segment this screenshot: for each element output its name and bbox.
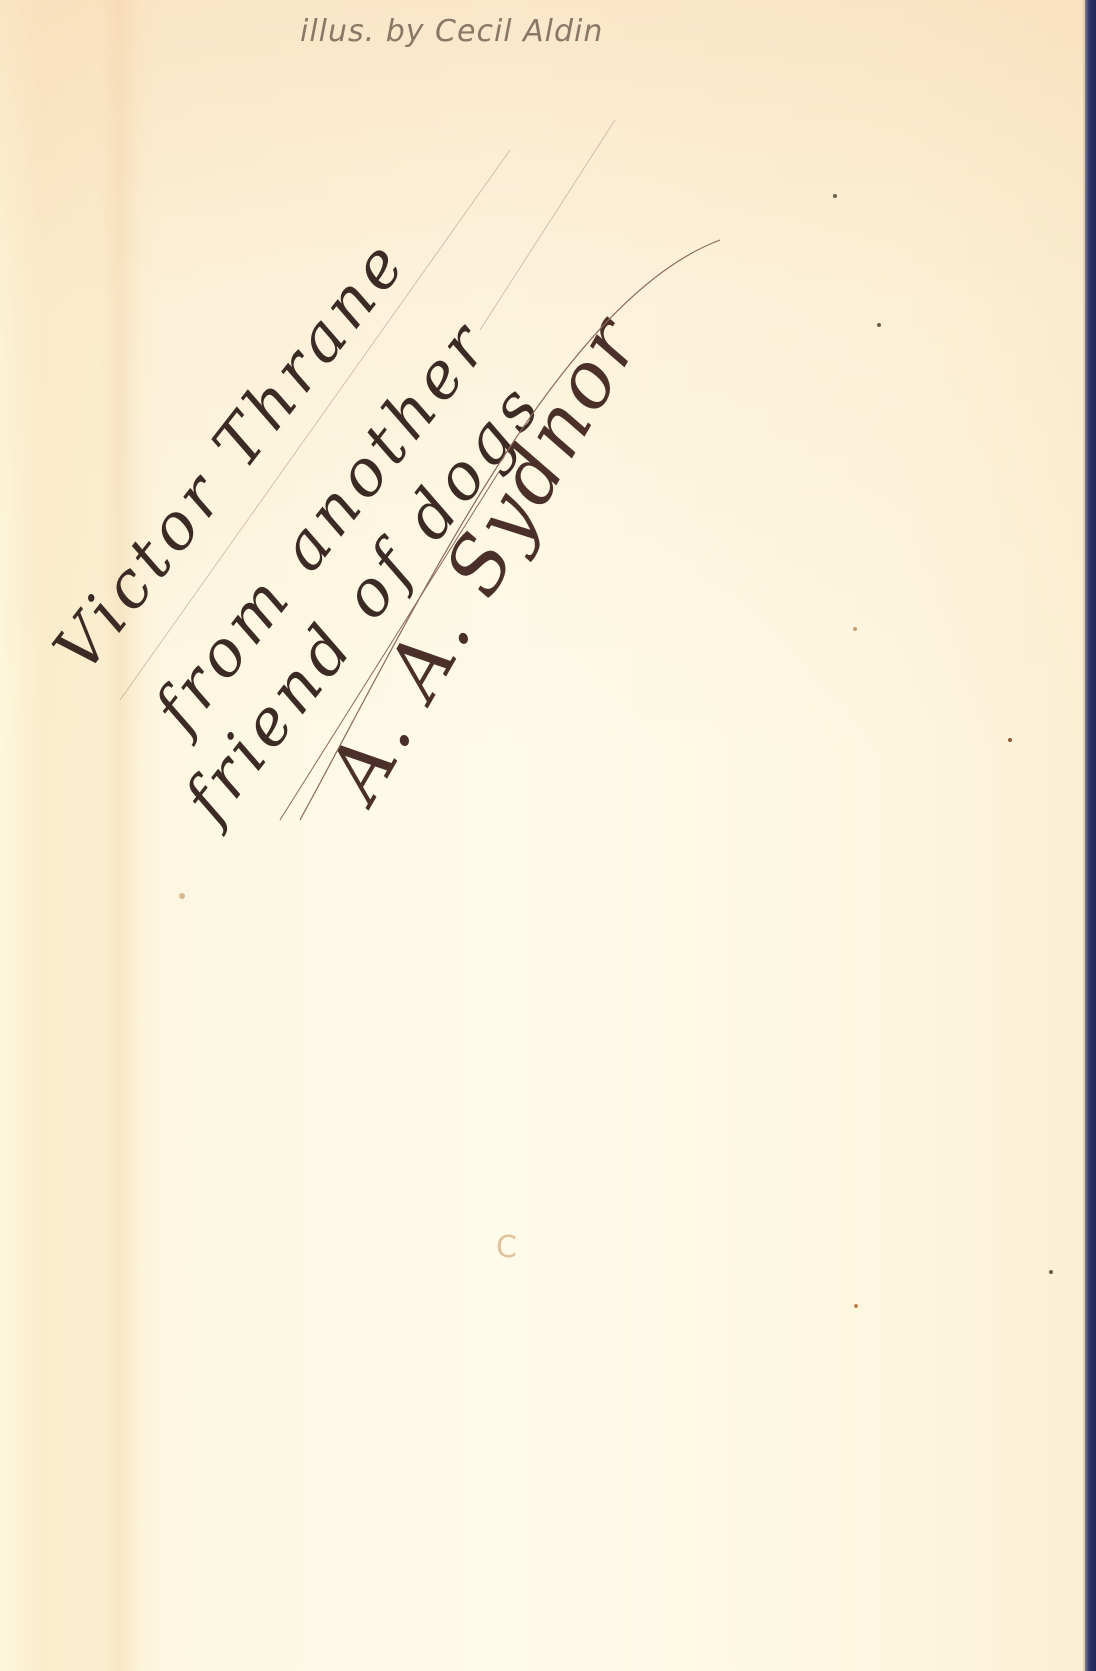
inscription-line-2: from another <box>140 307 506 746</box>
book-cover-edge <box>1085 0 1096 1671</box>
paper-speck <box>877 323 881 327</box>
inscription-line-3: friend of dogs <box>170 368 558 835</box>
signature: A. A. Sydnor <box>310 301 659 815</box>
pen-flourish-lines <box>0 0 1096 1671</box>
pencil-note-illustrator: illus. by Cecil Aldin <box>300 14 603 49</box>
paper-speck <box>1008 738 1012 742</box>
pencil-mark: C <box>496 1230 517 1265</box>
paper-speck <box>854 1304 858 1308</box>
inscription-line-1: Victor Thrane <box>40 225 422 685</box>
handwritten-inscription: Victor Thrane from another friend of dog… <box>0 0 1096 1671</box>
paper-speck <box>1049 1270 1053 1274</box>
paper-speck <box>179 893 185 899</box>
page-gutter-shade <box>100 0 140 1671</box>
paper-speck <box>833 194 837 198</box>
paper-speck <box>853 627 857 631</box>
book-page: illus. by Cecil Aldin Victor Thrane from… <box>0 0 1085 1671</box>
